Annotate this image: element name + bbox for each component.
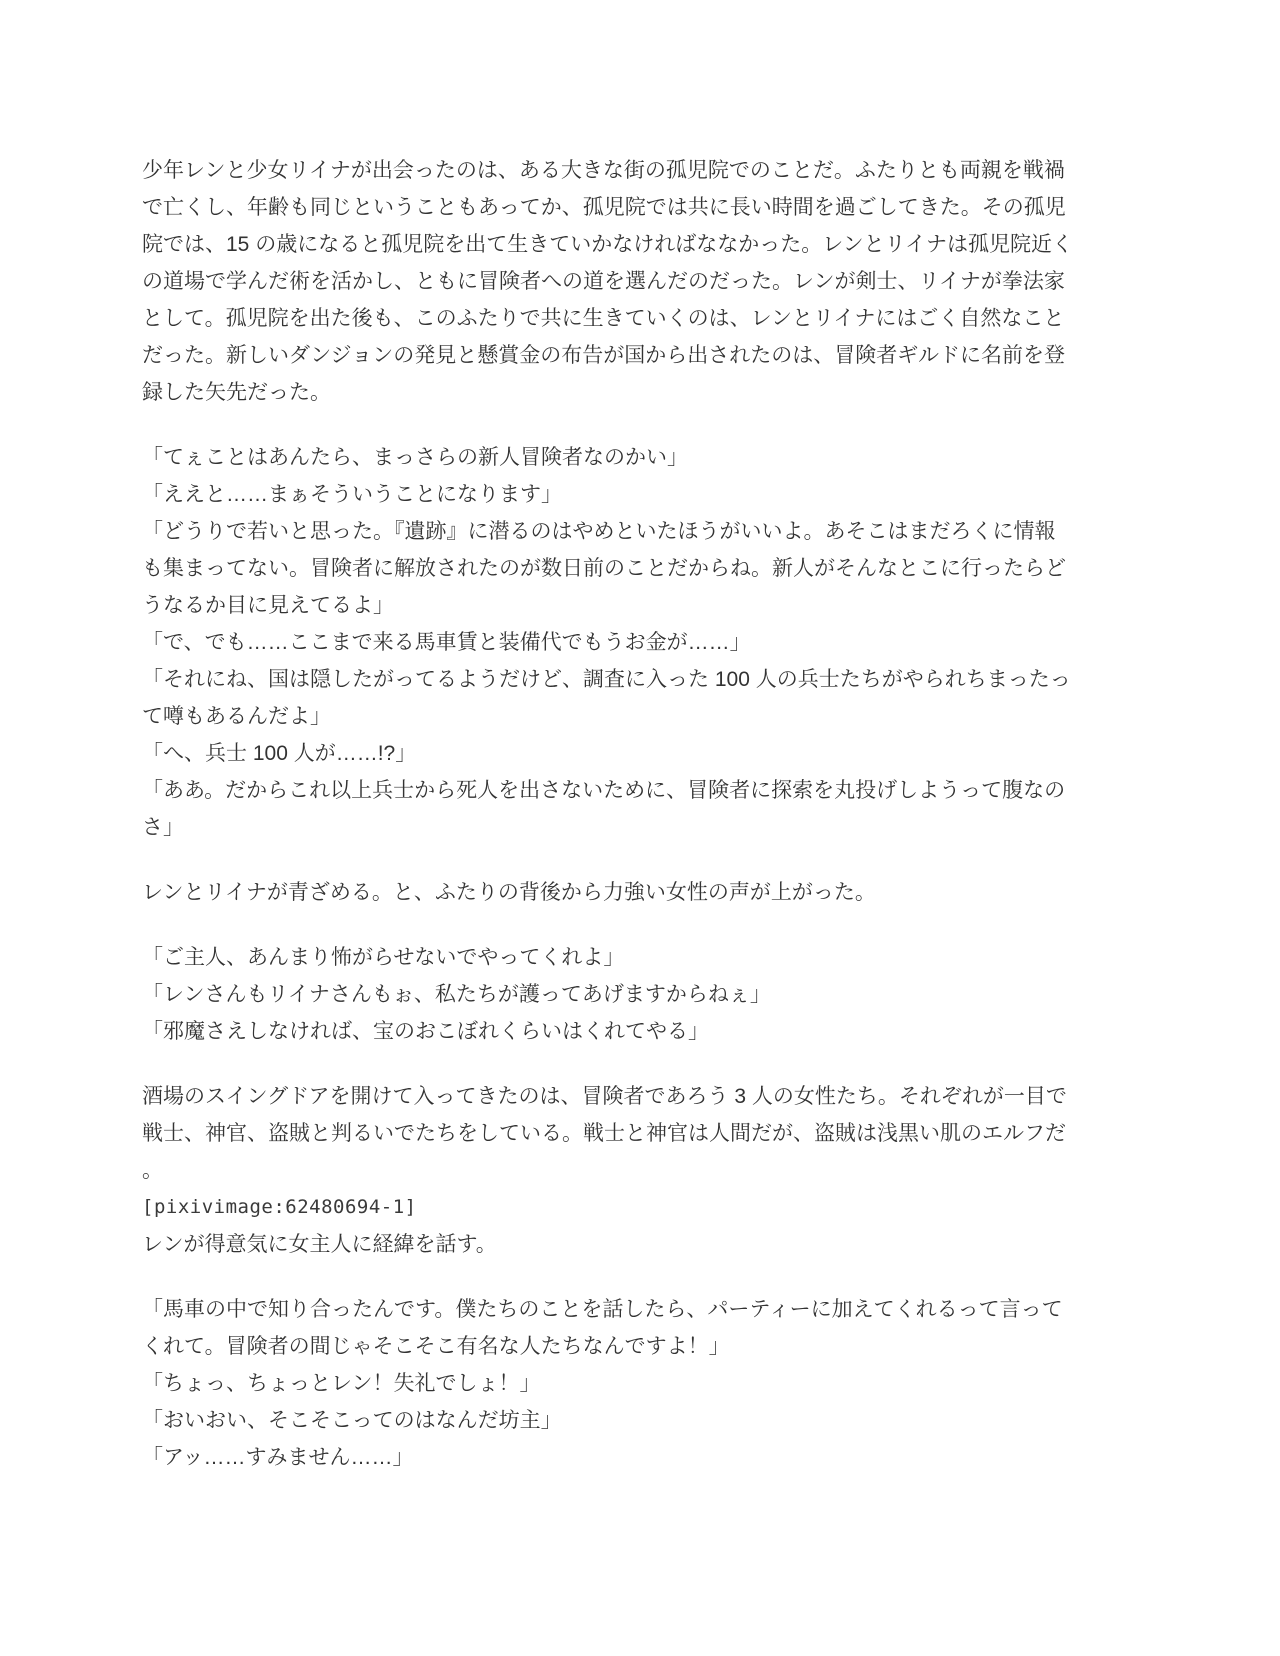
paragraph-spacer bbox=[142, 1050, 1210, 1078]
narration-block: レンが得意気に女主人に経緯を話す。 bbox=[142, 1226, 1210, 1263]
paragraph-spacer bbox=[142, 911, 1210, 939]
text-line: 「てぇことはあんたら、まっさらの新人冒険者なのかい」 bbox=[142, 439, 1074, 476]
text-line: さ」 bbox=[142, 809, 1074, 846]
text-line: 「それにね、国は隠したがってるようだけど、調査に入った 100 人の兵士たちがや… bbox=[142, 661, 1074, 698]
dialogue-block: 「ご主人、あんまり怖がらせないでやってくれよ」「レンさんもリイナさんもぉ、私たち… bbox=[142, 939, 1210, 1050]
text-line: だった。新しいダンジョンの発見と懸賞金の布告が国から出されたのは、冒険者ギルドに… bbox=[142, 337, 1074, 374]
text-line: 「ちょっ、ちょっとレン！失礼でしょ！」 bbox=[142, 1365, 1074, 1402]
text-line: レンが得意気に女主人に経緯を話す。 bbox=[142, 1226, 1074, 1263]
text-line: として。孤児院を出た後も、このふたりで共に生きていくのは、レンとリイナにはごく自… bbox=[142, 300, 1074, 337]
text-line: 「ご主人、あんまり怖がらせないでやってくれよ」 bbox=[142, 939, 1074, 976]
text-line: 戦士、神官、盗賊と判るいでたちをしている。戦士と神官は人間だが、盗賊は浅黒い肌の… bbox=[142, 1115, 1074, 1152]
paragraph-spacer bbox=[142, 1263, 1210, 1291]
narration-block: 少年レンと少女リイナが出会ったのは、ある大きな街の孤児院でのことだ。ふたりとも両… bbox=[142, 152, 1210, 411]
text-line: 「ええと……まぁそういうことになります」 bbox=[142, 476, 1074, 513]
dialogue-block: 「馬車の中で知り合ったんです。僕たちのことを話したら、パーティーに加えてくれるっ… bbox=[142, 1291, 1210, 1476]
text-line: 「おいおい、そこそこってのはなんだ坊主」 bbox=[142, 1402, 1074, 1439]
text-line: 「どうりで若いと思った。『遺跡』に潜るのはやめといたほうがいいよ。あそこはまだろ… bbox=[142, 513, 1074, 550]
text-line: 「で、でも……ここまで来る馬車賃と装備代でもうお金が……」 bbox=[142, 624, 1074, 661]
text-line: レンとリイナが青ざめる。と、ふたりの背後から力強い女性の声が上がった。 bbox=[142, 874, 1074, 911]
text-line: 院では、15 の歳になると孤児院を出て生きていかなければななかった。レンとリイナ… bbox=[142, 226, 1074, 263]
text-line: 「へ、兵士 100 人が……!?」 bbox=[142, 735, 1074, 772]
text-line: 「レンさんもリイナさんもぉ、私たちが護ってあげますからねぇ」 bbox=[142, 976, 1074, 1013]
pixiv-image-tag: [pixivimage:62480694-1] bbox=[142, 1189, 1074, 1226]
text-line: 。 bbox=[142, 1152, 1074, 1189]
text-line: 酒場のスイングドアを開けて入ってきたのは、冒険者であろう 3 人の女性たち。それ… bbox=[142, 1078, 1074, 1115]
text-line: 少年レンと少女リイナが出会ったのは、ある大きな街の孤児院でのことだ。ふたりとも両… bbox=[142, 152, 1074, 189]
text-line: 録した矢先だった。 bbox=[142, 374, 1074, 411]
text-line: の道場で学んだ術を活かし、ともに冒険者への道を選んだのだった。レンが剣士、リイナ… bbox=[142, 263, 1074, 300]
paragraph-spacer bbox=[142, 846, 1210, 874]
narration-block: レンとリイナが青ざめる。と、ふたりの背後から力強い女性の声が上がった。 bbox=[142, 874, 1210, 911]
text-line: うなるか目に見えてるよ」 bbox=[142, 587, 1074, 624]
text-line: 「馬車の中で知り合ったんです。僕たちのことを話したら、パーティーに加えてくれるっ… bbox=[142, 1291, 1074, 1328]
text-line: て噂もあるんだよ」 bbox=[142, 698, 1074, 735]
narration-block: 酒場のスイングドアを開けて入ってきたのは、冒険者であろう 3 人の女性たち。それ… bbox=[142, 1078, 1210, 1189]
code-block: [pixivimage:62480694-1] bbox=[142, 1189, 1210, 1226]
paragraph-spacer bbox=[142, 411, 1210, 439]
text-line: 「アッ……すみません……」 bbox=[142, 1439, 1074, 1476]
text-line: 「邪魔さえしなければ、宝のおこぼれくらいはくれてやる」 bbox=[142, 1013, 1074, 1050]
text-line: で亡くし、年齢も同じということもあってか、孤児院では共に長い時間を過ごしてきた。… bbox=[142, 189, 1074, 226]
text-line: 「ああ。だからこれ以上兵士から死人を出さないために、冒険者に探索を丸投げしようっ… bbox=[142, 772, 1074, 809]
text-line: くれて。冒険者の間じゃそこそこ有名な人たちなんですよ！」 bbox=[142, 1328, 1074, 1365]
dialogue-block: 「てぇことはあんたら、まっさらの新人冒険者なのかい」「ええと……まぁそういうこと… bbox=[142, 439, 1210, 846]
novel-page: 少年レンと少女リイナが出会ったのは、ある大きな街の孤児院でのことだ。ふたりとも両… bbox=[0, 0, 1280, 1656]
text-line: も集まってない。冒険者に解放されたのが数日前のことだからね。新人がそんなとこに行… bbox=[142, 550, 1074, 587]
